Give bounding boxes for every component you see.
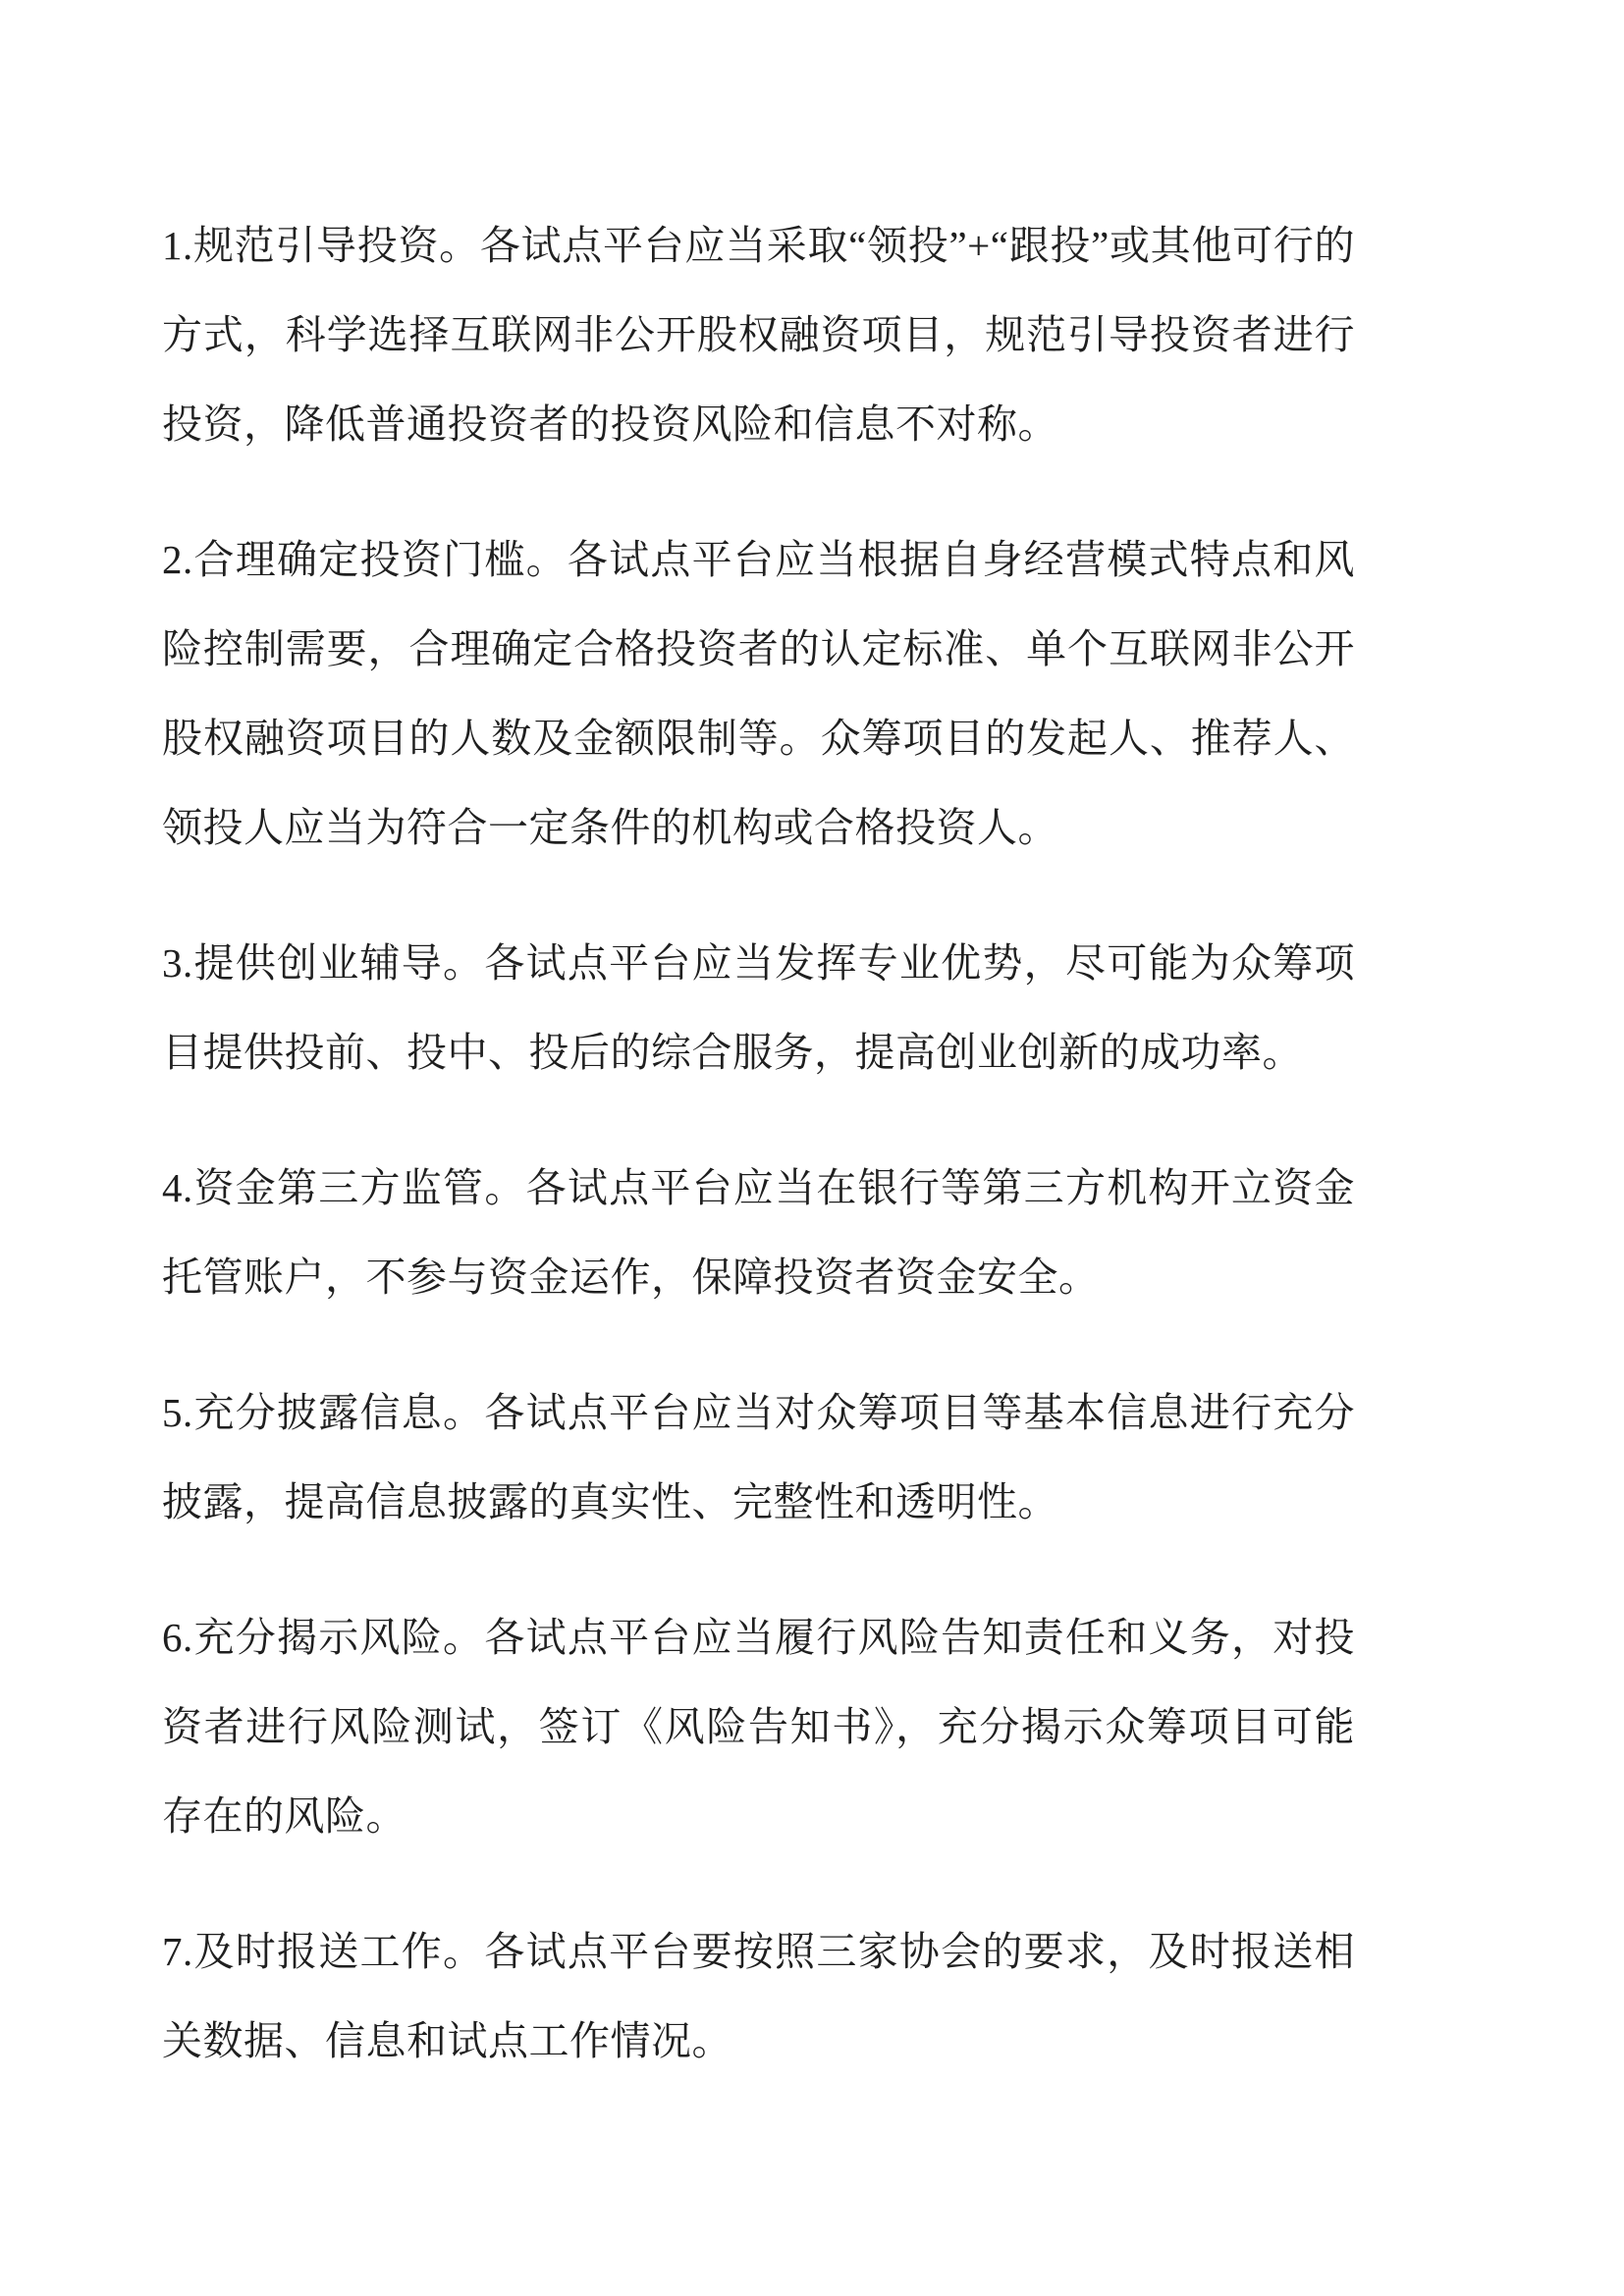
paragraph-1: 1.规范引导投资。各试点平台应当采取“领投”+“跟投”或其他可行的方式，科学选择… — [162, 201, 1355, 469]
paragraph-6: 6.充分揭示风险。各试点平台应当履行风险告知责任和义务，对投资者进行风险测试，签… — [162, 1593, 1355, 1861]
paragraph-3: 3.提供创业辅导。各试点平台应当发挥专业优势，尽可能为众筹项目提供投前、投中、投… — [162, 919, 1355, 1097]
document-content: 1.规范引导投资。各试点平台应当采取“领投”+“跟投”或其他可行的方式，科学选择… — [162, 201, 1355, 2086]
paragraph-2: 2.合理确定投资门槛。各试点平台应当根据自身经营模式特点和风险控制需要，合理确定… — [162, 515, 1355, 873]
paragraph-4: 4.资金第三方监管。各试点平台应当在银行等第三方机构开立资金托管账户，不参与资金… — [162, 1144, 1355, 1322]
document-page: 1.规范引导投资。各试点平台应当采取“领投”+“跟投”或其他可行的方式，科学选择… — [0, 0, 1624, 2296]
paragraph-5: 5.充分披露信息。各试点平台应当对众筹项目等基本信息进行充分披露，提高信息披露的… — [162, 1368, 1355, 1547]
paragraph-7: 7.及时报送工作。各试点平台要按照三家协会的要求，及时报送相关数据、信息和试点工… — [162, 1907, 1355, 2086]
